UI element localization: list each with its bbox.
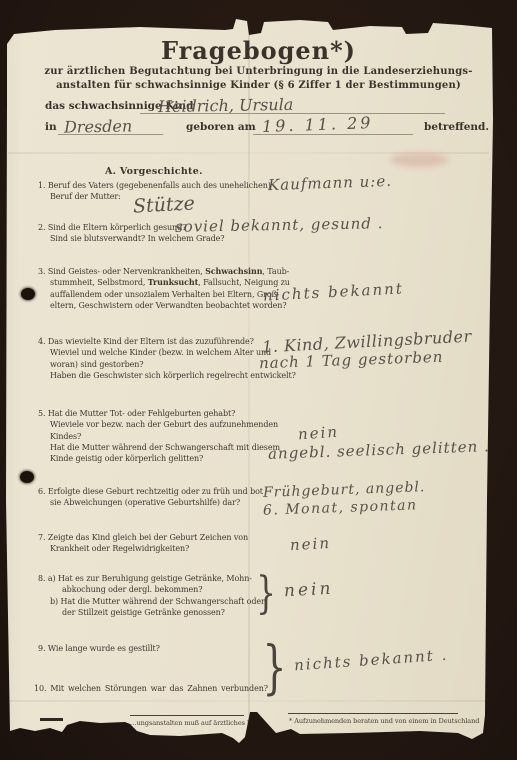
- question-3-bold-schwachsinn: Schwachsinn: [205, 266, 262, 276]
- question-6-line-2: sie Abweichungen (operative Geburtshilfe…: [50, 497, 263, 508]
- child-name-underline: [140, 113, 445, 114]
- hole-punch-bottom: [20, 471, 34, 483]
- question-8: 8. a) Hat es zur Beruhigung geistige Get…: [38, 573, 265, 618]
- place-in-label: in: [45, 121, 57, 133]
- question-5: 5. Hat die Mutter Tot- oder Fehlgeburten…: [38, 408, 280, 464]
- answer-6-line-2: 6. Monat, spontan: [263, 497, 418, 518]
- question-8-line-2: abkochung oder dergl. bekommen?: [62, 584, 265, 595]
- question-7: 7. Zeigte das Kind gleich bei der Geburt…: [38, 532, 248, 555]
- birth-date-handwritten: 19. 11. 29: [262, 113, 374, 136]
- question-4: 4. Das wievielte Kind der Eltern ist das…: [38, 336, 296, 381]
- question-3-bold-trunksucht: Trunksucht: [148, 277, 198, 287]
- footnote-rule-right: [288, 713, 458, 714]
- answer-9-10: nichts bekannt .: [294, 646, 449, 675]
- question-10: 10. Mit welchen Störungen war das Zahnen…: [34, 683, 268, 694]
- pink-stain: [390, 153, 448, 167]
- answer-2: soviel bekannt, gesund .: [175, 214, 384, 236]
- answer-5-line-1: nein: [297, 423, 339, 444]
- place-underline: [58, 134, 163, 135]
- question-5-line-3: Kindes?: [50, 431, 280, 442]
- subtitle-line-1: zur ärztlichen Begutachtung bei Unterbri…: [0, 66, 517, 77]
- question-3: 3. Sind Geistes- oder Nervenkrankheiten,…: [38, 266, 290, 311]
- question-3-line-1-text: 3. Sind Geistes- oder Nervenkrankheiten,: [38, 267, 205, 276]
- question-9-10-brace: }: [262, 633, 286, 701]
- question-5-line-4: Hat die Mutter während der Schwangerscha…: [50, 442, 280, 453]
- answer-8: nein: [284, 579, 334, 602]
- question-6-line-1: 6. Erfolgte diese Geburt rechtzeitig ode…: [38, 486, 263, 497]
- question-5-line-1: 5. Hat die Mutter Tot- oder Fehlgeburten…: [38, 408, 280, 419]
- question-3-line-1-tail: , Taub-: [262, 267, 289, 276]
- born-label: geboren am: [186, 121, 256, 133]
- question-5-line-2: Wieviele vor bezw. nach der Geburt des a…: [50, 419, 280, 430]
- subtitle-line-2: anstalten für schwachsinnige Kinder (§ 6…: [0, 80, 517, 91]
- question-10-line-1: 10. Mit welchen Störungen war das Zahnen…: [34, 683, 268, 694]
- question-3-line-4: eltern, Geschwistern oder Verwandten beo…: [50, 300, 290, 311]
- question-8-brace: }: [256, 568, 276, 619]
- answer-1-mother: Stütze: [132, 192, 195, 217]
- question-9-line-1: 9. Wie lange wurde es gestillt?: [38, 643, 160, 654]
- question-7-line-1: 7. Zeigte das Kind gleich bei der Geburt…: [38, 532, 248, 543]
- scanned-document-photo: Fragebogen*) zur ärztlichen Begutachtung…: [0, 0, 517, 760]
- betreffend-label: betreffend.: [424, 121, 489, 133]
- question-8-line-1: 8. a) Hat es zur Beruhigung geistige Get…: [38, 573, 265, 584]
- answer-7: nein: [290, 534, 332, 554]
- footnote-right-fragment: * Aufzunehmenden beraten und von einem i…: [289, 717, 479, 725]
- birth-date-underline: [253, 134, 413, 135]
- question-4-line-1: 4. Das wievielte Kind der Eltern ist das…: [38, 336, 296, 347]
- horizontal-crease-bottom: [8, 700, 489, 702]
- question-8-line-4: der Stillzeit geistige Getränke genossen…: [62, 607, 265, 618]
- question-7-line-2: Krankheit oder Regelwidrigkeiten?: [50, 543, 248, 554]
- footnote-left-fragment: …ungsanstalten muß auf ärztliches U…: [130, 719, 259, 727]
- question-8-line-3: b) Hat die Mutter während der Schwangers…: [50, 596, 265, 607]
- question-1-line-1: 1. Beruf des Vaters (gegebenenfalls auch…: [38, 180, 271, 191]
- footnote-rule-left: [130, 715, 244, 716]
- question-3-line-3: auffallendem oder unsozialem Verhalten b…: [50, 289, 290, 300]
- question-3-line-2-text: stummheit, Selbstmord,: [50, 278, 148, 287]
- question-3-line-1: 3. Sind Geistes- oder Nervenkrankheiten,…: [38, 266, 290, 277]
- hole-punch-top: [21, 288, 35, 300]
- form-title: Fragebogen*): [0, 36, 517, 65]
- answer-1-father: Kaufmann u:e.: [268, 172, 393, 194]
- question-3-line-2: stummheit, Selbstmord, Trunksucht, Falls…: [50, 277, 290, 288]
- paper-sheet: Fragebogen*) zur ärztlichen Begutachtung…: [0, 0, 517, 760]
- question-9: 9. Wie lange wurde es gestillt?: [38, 643, 160, 654]
- bottom-left-mark: [40, 718, 63, 721]
- question-5-line-5: Kinde geistig oder körperlich gelitten?: [50, 453, 280, 464]
- question-6: 6. Erfolgte diese Geburt rechtzeitig ode…: [38, 486, 263, 509]
- section-a-heading: A. Vorgeschichte.: [105, 166, 203, 177]
